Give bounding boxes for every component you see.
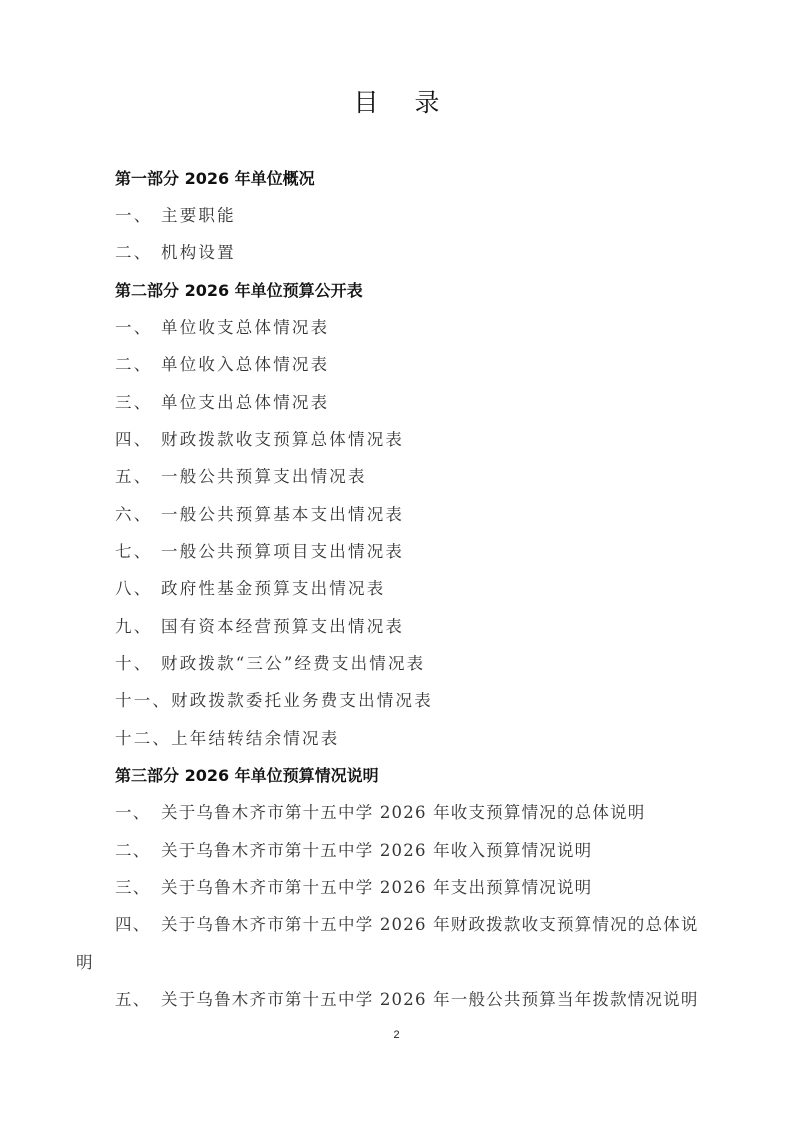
- toc-item-label: 政府性基金预算支出情况表: [161, 579, 385, 598]
- toc-item-number: 十一、: [115, 690, 171, 712]
- toc-item-number: 一、: [115, 205, 161, 227]
- toc-item: 三、关于乌鲁木齐市第十五中学 2026 年支出预算情况说明: [115, 877, 592, 899]
- toc-item-wrap-continuation: 明: [76, 952, 93, 974]
- section-heading-part-2: 第二部分 2026 年单位预算公开表: [115, 280, 363, 302]
- toc-item-label: 机构设置: [161, 243, 236, 262]
- toc-item: 一、主要职能: [115, 205, 236, 227]
- toc-item-label: 国有资本经营预算支出情况表: [161, 617, 404, 636]
- toc-item-label: 单位收入总体情况表: [161, 355, 329, 374]
- toc-item-number: 一、: [115, 317, 161, 339]
- toc-item-number: 十二、: [115, 728, 171, 750]
- toc-item-number: 一、: [115, 802, 161, 824]
- toc-item: 四、关于乌鲁木齐市第十五中学 2026 年财政拨款收支预算情况的总体说: [115, 914, 699, 936]
- toc-item: 四、财政拨款收支预算总体情况表: [115, 429, 404, 451]
- toc-item-label: 关于乌鲁木齐市第十五中学 2026 年一般公共预算当年拨款情况说明: [161, 990, 699, 1009]
- toc-item-label: 一般公共预算项目支出情况表: [161, 542, 404, 561]
- section-heading-part-3: 第三部分 2026 年单位预算情况说明: [115, 765, 379, 787]
- toc-item-label: 一般公共预算支出情况表: [161, 467, 367, 486]
- page-number: 2: [0, 1029, 793, 1041]
- toc-item-label: 单位支出总体情况表: [161, 393, 329, 412]
- toc-item-number: 三、: [115, 877, 161, 899]
- toc-item-number: 四、: [115, 914, 161, 936]
- toc-item: 一、关于乌鲁木齐市第十五中学 2026 年收支预算情况的总体说明: [115, 802, 645, 824]
- toc-item-number: 五、: [115, 466, 161, 488]
- page-title: 目 录: [0, 83, 793, 119]
- toc-item: 三、单位支出总体情况表: [115, 392, 329, 414]
- toc-item: 十、财政拨款“三公”经费支出情况表: [115, 653, 425, 675]
- toc-item-number: 四、: [115, 429, 161, 451]
- toc-item-label: 单位收支总体情况表: [161, 318, 329, 337]
- toc-item-number: 十、: [115, 653, 161, 675]
- toc-item: 十二、上年结转结余情况表: [115, 728, 339, 750]
- toc-item-number: 六、: [115, 504, 161, 526]
- toc-item: 十一、财政拨款委托业务费支出情况表: [115, 690, 433, 712]
- toc-item-label: 财政拨款委托业务费支出情况表: [171, 691, 433, 710]
- toc-item-label: 关于乌鲁木齐市第十五中学 2026 年收入预算情况说明: [161, 841, 592, 860]
- toc-item-number: 二、: [115, 242, 161, 264]
- toc-item: 八、政府性基金预算支出情况表: [115, 578, 385, 600]
- toc-item-label: 主要职能: [161, 206, 236, 225]
- toc-item-label: 上年结转结余情况表: [171, 729, 339, 748]
- toc-item: 五、一般公共预算支出情况表: [115, 466, 367, 488]
- toc-item: 五、关于乌鲁木齐市第十五中学 2026 年一般公共预算当年拨款情况说明: [115, 989, 699, 1011]
- toc-item-number: 二、: [115, 354, 161, 376]
- toc-item-number: 八、: [115, 578, 161, 600]
- toc-item: 一、单位收支总体情况表: [115, 317, 329, 339]
- toc-item-number: 二、: [115, 840, 161, 862]
- toc-item-number: 七、: [115, 541, 161, 563]
- toc-item-label: 财政拨款收支预算总体情况表: [161, 430, 404, 449]
- toc-item-label: 一般公共预算基本支出情况表: [161, 505, 404, 524]
- toc-item-number: 三、: [115, 392, 161, 414]
- toc-item: 二、单位收入总体情况表: [115, 354, 329, 376]
- toc-item-label: 关于乌鲁木齐市第十五中学 2026 年支出预算情况说明: [161, 878, 592, 897]
- toc-item: 二、关于乌鲁木齐市第十五中学 2026 年收入预算情况说明: [115, 840, 592, 862]
- toc-item: 六、一般公共预算基本支出情况表: [115, 504, 404, 526]
- toc-item: 二、机构设置: [115, 242, 236, 264]
- toc-item-label: 关于乌鲁木齐市第十五中学 2026 年财政拨款收支预算情况的总体说: [161, 915, 699, 934]
- toc-item-number: 五、: [115, 989, 161, 1011]
- toc-item-label: 关于乌鲁木齐市第十五中学 2026 年收支预算情况的总体说明: [161, 803, 645, 822]
- section-heading-part-1: 第一部分 2026 年单位概况: [115, 168, 315, 190]
- toc-item-number: 九、: [115, 616, 161, 638]
- toc-item: 七、一般公共预算项目支出情况表: [115, 541, 404, 563]
- toc-item: 九、国有资本经营预算支出情况表: [115, 616, 404, 638]
- toc-item-label: 财政拨款“三公”经费支出情况表: [161, 654, 425, 673]
